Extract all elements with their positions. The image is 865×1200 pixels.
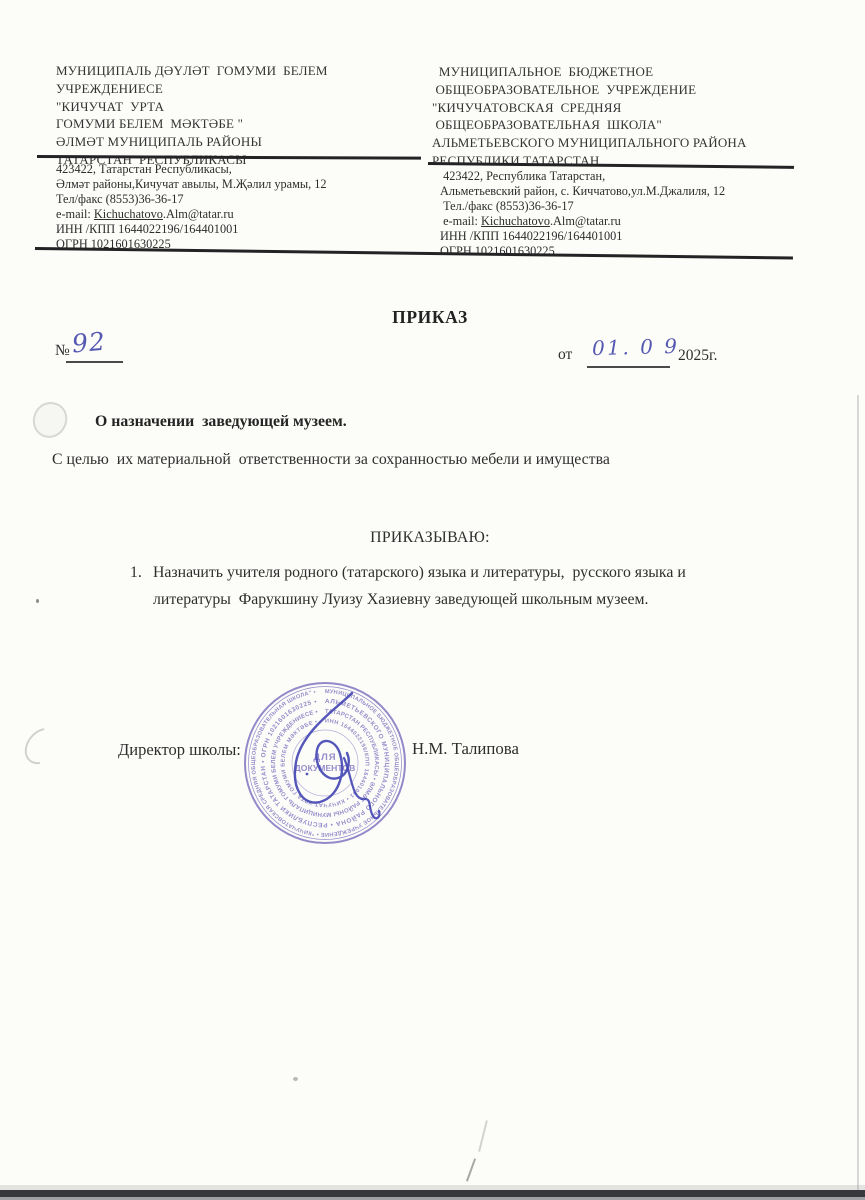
letterhead-right-line: ОБЩЕОБРАЗОВАТЕЛЬНОЕ УЧРЕЖДЕНИЕ [432,81,832,99]
address-line: 423422, Татарстан Республикасы, [56,162,426,177]
order-date-handwritten: 01. 0 9 [592,334,680,360]
email-prefix: e-mail: [56,207,94,221]
letterhead-left-line: УЧРЕЖДЕНИЕСЕ [56,80,426,98]
scan-scratch [466,1158,476,1181]
official-stamp: МУНИЦИПАЛЬНОЕ БЮДЖЕТНОЕ ОБЩЕОБРАЗОВАТЕЛЬ… [240,678,410,848]
address-block-right: 423422, Республика Татарстан, Альметьевс… [440,169,840,258]
order-number-underline [66,361,123,363]
letterhead-left-line: МУНИЦИПАЛЬ ДӘҮЛӘТ ГОМУМИ БЕЛЕМ [56,62,426,80]
order-year: 2025г. [678,347,717,365]
scan-edge-bottom [0,1190,865,1197]
email-line: e-mail: Kichuchatovo.Alm@tatar.ru [440,214,840,229]
email-rest: .Alm@tatar.ru [550,214,621,228]
scan-smudge [18,721,67,771]
order-item-line: литературы Фарукшину Луизу Хазиевну заве… [153,586,790,613]
address-block-left: 423422, Татарстан Республикасы, Әлмәт ра… [56,162,426,251]
address-line: ИНН /КПП 1644022196/164401001 [56,222,426,237]
order-item-text: Назначить учителя родного (татарского) я… [153,559,790,613]
address-line: Әлмәт районы,Кичучат авылы, М.Җәлил урам… [56,177,426,192]
scan-scratch [478,1120,487,1151]
order-title: ПРИКАЗ [20,307,840,328]
email-rest: .Alm@tatar.ru [163,207,234,221]
email-link: Kichuchatovo [481,214,550,228]
letterhead-right: МУНИЦИПАЛЬНОЕ БЮДЖЕТНОЕ ОБЩЕОБРАЗОВАТЕЛЬ… [432,63,832,170]
letterhead-right-line: "КИЧУЧАТОВСКАЯ СРЕДНЯЯ [432,99,832,117]
email-link: Kichuchatovo [94,207,163,221]
scanned-order-document: МУНИЦИПАЛЬ ДӘҮЛӘТ ГОМУМИ БЕЛЕМ УЧРЕЖДЕНИ… [0,0,865,1200]
address-line: ИНН /КПП 1644022196/164401001 [440,229,840,244]
order-purpose: С целью их материальной ответственности … [52,451,610,469]
letterhead-left-line: "КИЧУЧАТ УРТА [56,98,426,116]
scan-speck [36,599,39,603]
order-item-1: 1. Назначить учителя родного (татарского… [130,559,790,613]
order-number-label: № [55,342,70,360]
letterhead-left: МУНИЦИПАЛЬ ДӘҮЛӘТ ГОМУМИ БЕЛЕМ УЧРЕЖДЕНИ… [56,62,426,169]
letterhead-right-line: АЛЬМЕТЬЕВСКОГО МУНИЦИПАЛЬНОГО РАЙОНА [432,134,832,152]
order-date-label: от [558,346,572,364]
letterhead-right-line: МУНИЦИПАЛЬНОЕ БЮДЖЕТНОЕ [432,63,832,81]
signature-role-label: Директор школы: [118,740,241,760]
order-date-underline [587,366,670,368]
scan-smudge [30,399,71,441]
address-line: 423422, Республика Татарстан, [440,169,840,184]
email-prefix: e-mail: [440,214,481,228]
order-item-number: 1. [130,559,153,613]
signature-name: Н.М. Талипова [412,739,519,759]
letterhead-left-line: ӘЛМӘТ МУНИЦИПАЛЬ РАЙОНЫ [56,133,426,151]
order-number-handwritten: 92 [71,327,107,359]
letterhead-left-line: ГОМУМИ БЕЛЕМ МӘКТӘБЕ " [56,115,426,133]
scan-edge-shadow-right [857,395,859,1191]
order-item-line: Назначить учителя родного (татарского) я… [153,559,790,586]
address-line: Тел/факс (8553)36-36-17 [56,192,426,207]
stamp-seal-graphic: МУНИЦИПАЛЬНОЕ БЮДЖЕТНОЕ ОБЩЕОБРАЗОВАТЕЛЬ… [240,678,410,848]
address-line: Тел./факс (8553)36-36-17 [440,199,840,214]
email-line: e-mail: Kichuchatovo.Alm@tatar.ru [56,207,426,222]
order-subject: О назначении заведующей музеем. [95,413,347,431]
order-decree-heading: ПРИКАЗЫВАЮ: [20,529,840,547]
letterhead-right-line: ОБЩЕОБРАЗОВАТЕЛЬНАЯ ШКОЛА" [432,116,832,134]
address-line: Альметьевский район, с. Киччатово,ул.М.Д… [440,184,840,199]
scan-speck [293,1077,298,1081]
